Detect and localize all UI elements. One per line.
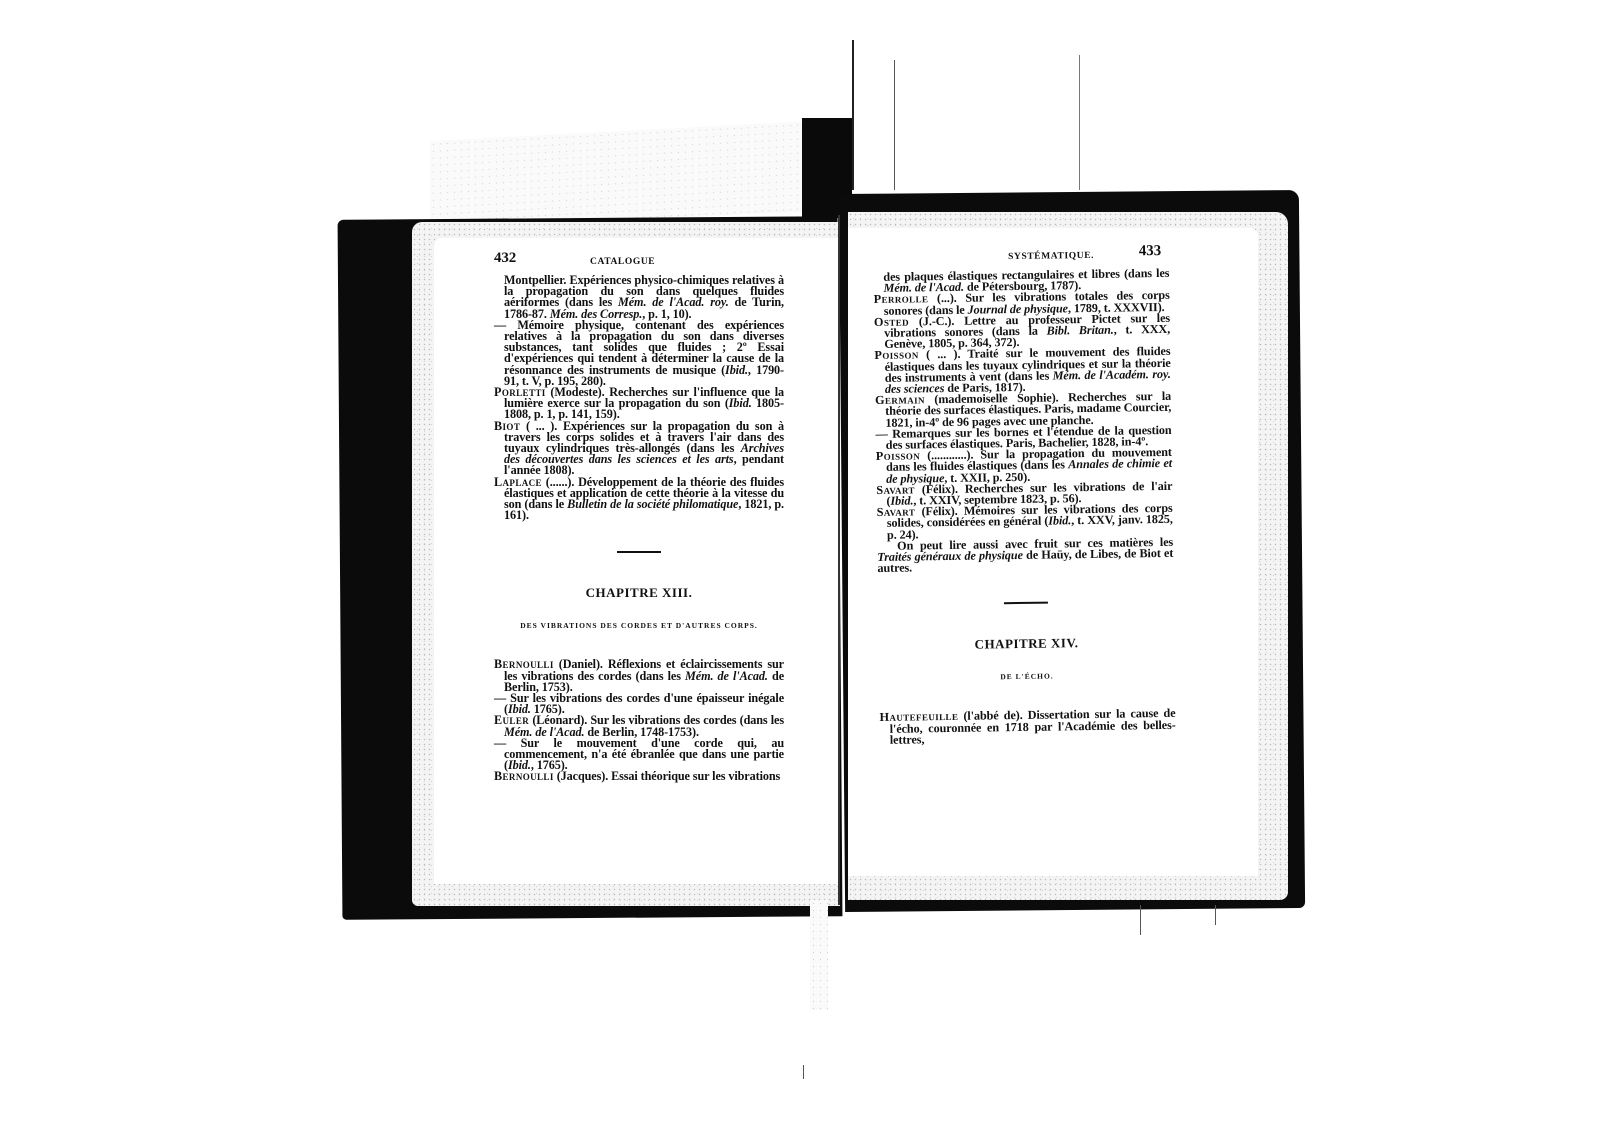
bibliography-entry: Montpellier. Expériences physico-chimiqu… xyxy=(494,275,784,320)
paragraph: On peut lire aussi avec fruit sur ces ma… xyxy=(877,537,1173,575)
entries-after-chapter: Bernoulli (Daniel). Réflexions et éclair… xyxy=(494,659,784,782)
page-edge-mark xyxy=(1215,905,1216,925)
chapter-subtitle: DE L'ÉCHO. xyxy=(879,669,1175,684)
chapter-title: CHAPITRE XIII. xyxy=(494,587,784,598)
right-page-text: SYSTÉMATIQUE. 433 des plaques élastiques… xyxy=(873,246,1176,746)
left-page-text: 432 CATALOGUE Montpellier. Expériences p… xyxy=(494,253,784,783)
page-number: 433 xyxy=(1139,246,1161,258)
running-head: SYSTÉMATIQUE. xyxy=(1008,251,1094,263)
bibliography-entry: Porletti (Modeste). Recherches sur l'inf… xyxy=(494,387,784,421)
flyleaf xyxy=(852,40,1274,190)
bibliography-entry: Poisson ( ... ). Traité sur le mouvement… xyxy=(874,346,1171,395)
bibliography-entry: Laplace (......). Développement de la th… xyxy=(494,477,784,522)
page-edge-mark xyxy=(1140,905,1141,935)
bibliography-entry: Hautefeuille (l'abbé de). Dissertation s… xyxy=(879,708,1175,746)
bibliography-entry: — Sur le mouvement d'une corde qui, au c… xyxy=(494,738,784,772)
page-number: 432 xyxy=(494,253,516,264)
entries-before-chapter: Montpellier. Expériences physico-chimiqu… xyxy=(494,275,784,521)
bibliography-entry: Euler (Léonard). Sur les vibrations des … xyxy=(494,715,784,737)
left-running-header: 432 CATALOGUE xyxy=(494,253,784,275)
bibliography-entry: — Sur les vibrations des cordes d'une ép… xyxy=(494,693,784,715)
section-rule xyxy=(1004,602,1048,604)
running-head: CATALOGUE xyxy=(590,257,655,268)
entries-before-chapter: des plaques élastiques rectangulaires et… xyxy=(873,268,1173,575)
flyleaf-fold xyxy=(894,60,895,190)
right-running-header: SYSTÉMATIQUE. 433 xyxy=(873,246,1169,272)
flyleaf-fold xyxy=(1079,55,1080,190)
bibliography-entry: — Mémoire physique, contenant des expéri… xyxy=(494,320,784,387)
page-edge-mark xyxy=(803,1065,804,1079)
bookmark-ribbon xyxy=(810,900,828,1010)
bibliography-entry: Bernoulli (Jacques). Essai théorique sur… xyxy=(494,771,784,782)
bibliography-entry: Bernoulli (Daniel). Réflexions et éclair… xyxy=(494,659,784,693)
paper-edge-haze xyxy=(430,119,850,231)
chapter-title: CHAPITRE XIV. xyxy=(878,636,1174,651)
section-rule xyxy=(617,551,661,553)
entries-after-chapter: Hautefeuille (l'abbé de). Dissertation s… xyxy=(879,708,1175,746)
bibliography-entry: Biot ( ... ). Expériences sur la propaga… xyxy=(494,421,784,477)
gutter-line xyxy=(838,215,840,905)
chapter-subtitle: DES VIBRATIONS DES CORDES ET D'AUTRES CO… xyxy=(494,620,784,631)
